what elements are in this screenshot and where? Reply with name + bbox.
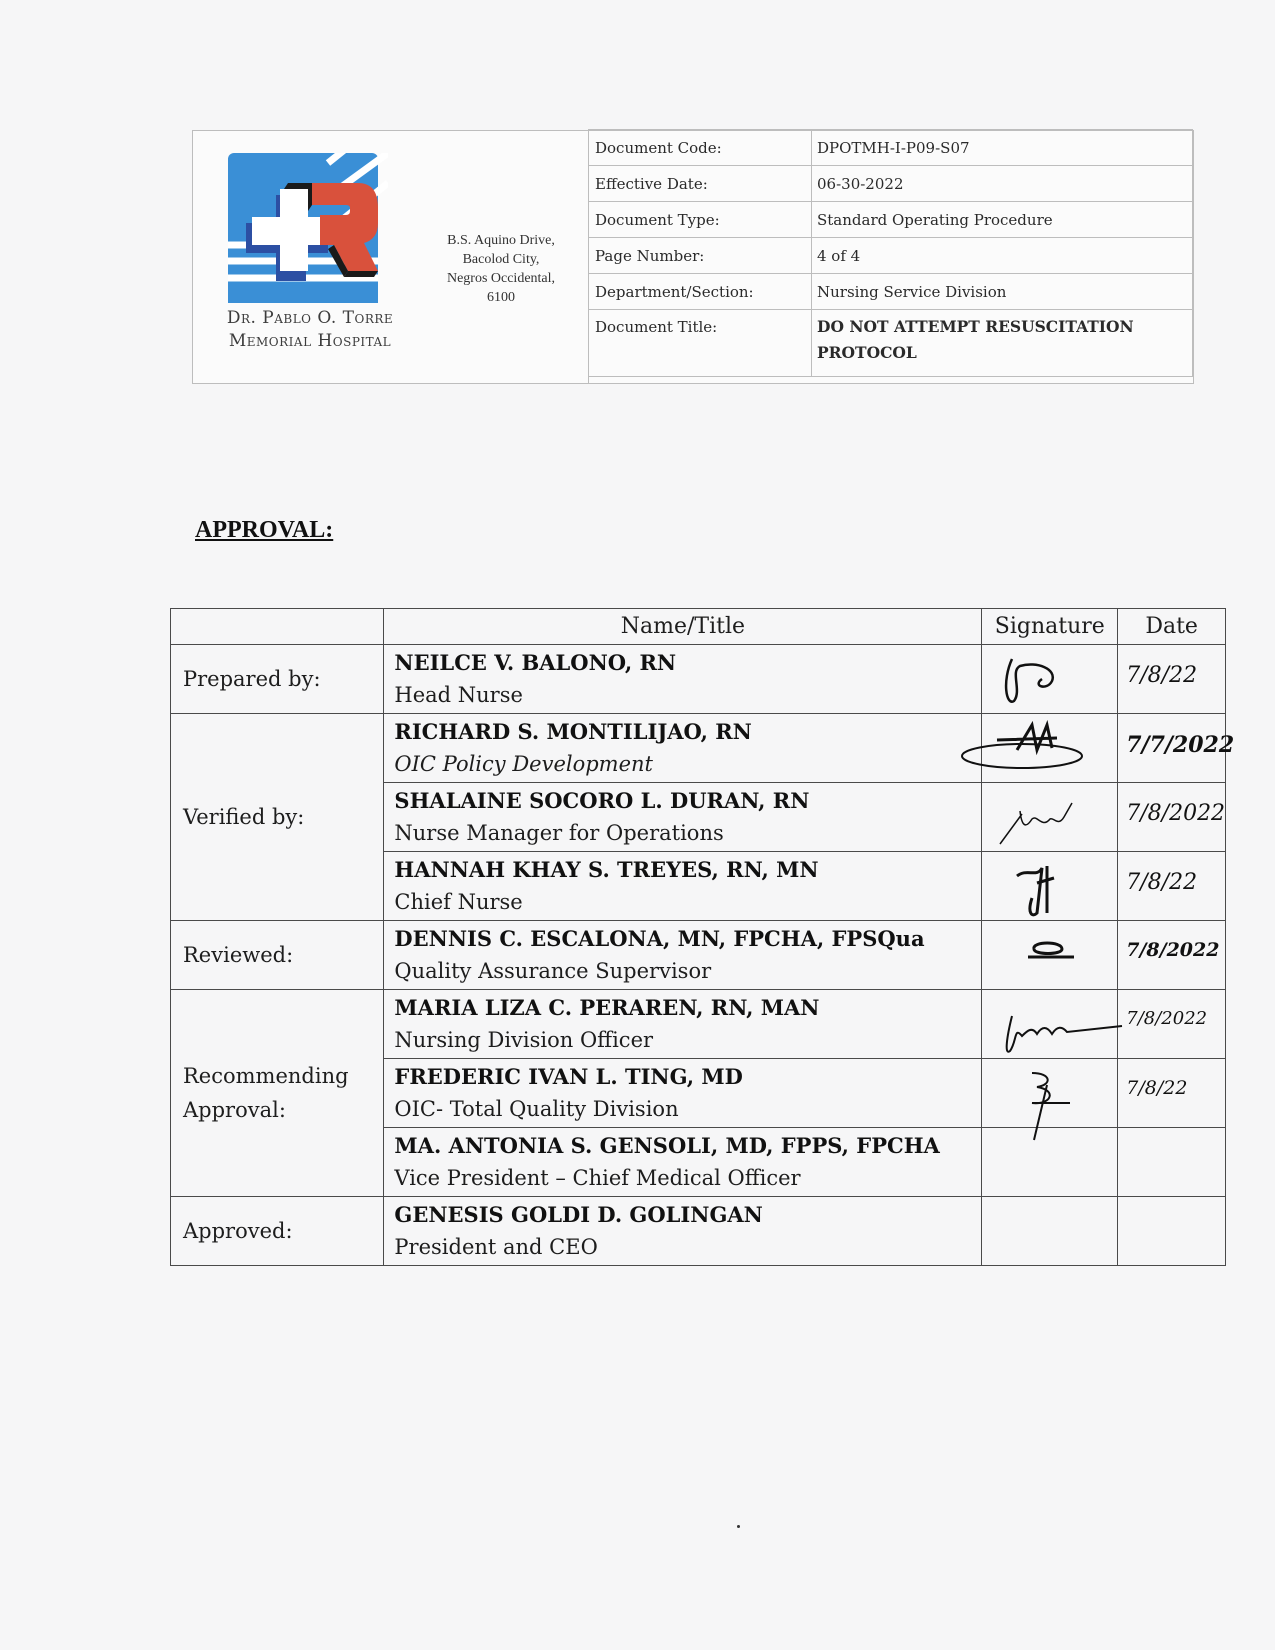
table-row: Recommending Approval: MARIA LIZA C. PER… [171, 990, 1226, 1059]
meta-row-title: Document Title: DO NOT ATTEMPT RESUSCITA… [589, 310, 1193, 377]
role-label: Reviewed: [171, 921, 384, 990]
meta-label: Department/Section: [589, 274, 812, 310]
approval-table-header: Name/Title Signature Date [171, 609, 1226, 645]
signed-date: 7/8/2022 [1126, 939, 1219, 961]
date-cell: 7/8/2022 [1118, 990, 1226, 1059]
column-header-name-title: Name/Title [384, 609, 982, 645]
role-label: Approved: [171, 1197, 384, 1266]
column-header-date: Date [1118, 609, 1226, 645]
date-cell: 7/8/22 [1118, 645, 1226, 714]
date-cell: 7/8/22 [1118, 1059, 1226, 1128]
meta-label: Document Type: [589, 202, 812, 238]
signature-cell [982, 1128, 1118, 1197]
signature-icon [992, 651, 1102, 711]
meta-row-department: Department/Section: Nursing Service Divi… [589, 274, 1193, 310]
meta-value: DPOTMH-I-P09-S07 [812, 130, 1193, 166]
person-cell: SHALAINE SOCORO L. DURAN, RN Nurse Manag… [384, 783, 982, 852]
role-label: Recommending Approval: [171, 990, 384, 1197]
meta-row-page: Page Number: 4 of 4 [589, 238, 1193, 274]
date-cell: 7/7/2022 [1118, 714, 1226, 783]
role-label: Verified by: [171, 714, 384, 921]
signature-icon [992, 996, 1132, 1056]
date-cell [1118, 1197, 1226, 1266]
person-name: NEILCE V. BALONO, RN [394, 646, 973, 679]
person-title: Vice President – Chief Medical Officer [394, 1162, 973, 1195]
person-title: OIC- Total Quality Division [394, 1093, 973, 1126]
person-cell: HANNAH KHAY S. TREYES, RN, MN Chief Nurs… [384, 852, 982, 921]
signed-date: 7/7/2022 [1126, 732, 1234, 758]
hospital-branding: Dr. Pablo O. Torre Memorial Hospital B.S… [193, 131, 589, 383]
signed-date: 7/8/22 [1126, 1077, 1187, 1099]
date-cell: 7/8/2022 [1118, 921, 1226, 990]
hospital-name: Dr. Pablo O. Torre Memorial Hospital [205, 307, 415, 353]
person-cell: GENESIS GOLDI D. GOLINGAN President and … [384, 1197, 982, 1266]
table-row: Prepared by: NEILCE V. BALONO, RN Head N… [171, 645, 1226, 714]
person-name: FREDERIC IVAN L. TING, MD [394, 1060, 973, 1093]
meta-row-code: Document Code: DPOTMH-I-P09-S07 [589, 130, 1193, 166]
meta-value: 06-30-2022 [812, 166, 1193, 202]
meta-value: 4 of 4 [812, 238, 1193, 274]
signature-cell [982, 921, 1118, 990]
signature-icon [957, 720, 1087, 780]
column-header-role [171, 609, 384, 645]
approval-table: Name/Title Signature Date Prepared by: N… [170, 608, 1226, 1266]
signature-icon [992, 927, 1102, 987]
meta-value: Nursing Service Division [812, 274, 1193, 310]
signature-cell [982, 1197, 1118, 1266]
meta-label: Effective Date: [589, 166, 812, 202]
signature-icon [992, 789, 1102, 849]
date-cell [1118, 1128, 1226, 1197]
person-title: Chief Nurse [394, 886, 973, 919]
table-row: Approved: GENESIS GOLDI D. GOLINGAN Pres… [171, 1197, 1226, 1266]
person-cell: MA. ANTONIA S. GENSOLI, MD, FPPS, FPCHA … [384, 1128, 982, 1197]
role-label: Prepared by: [171, 645, 384, 714]
person-title: Nurse Manager for Operations [394, 817, 973, 850]
person-name: SHALAINE SOCORO L. DURAN, RN [394, 784, 973, 817]
person-cell: DENNIS C. ESCALONA, MN, FPCHA, FPSQua Qu… [384, 921, 982, 990]
signature-cell [982, 990, 1118, 1059]
person-cell: NEILCE V. BALONO, RN Head Nurse [384, 645, 982, 714]
date-cell: 7/8/22 [1118, 852, 1226, 921]
person-name: DENNIS C. ESCALONA, MN, FPCHA, FPSQua [394, 922, 973, 955]
signed-date: 7/8/2022 [1126, 801, 1225, 826]
document-header: Dr. Pablo O. Torre Memorial Hospital B.S… [192, 130, 1194, 384]
person-title: Nursing Division Officer [394, 1024, 973, 1057]
approval-heading: APPROVAL: [195, 517, 333, 544]
document-meta-table: Document Code: DPOTMH-I-P09-S07 Effectiv… [588, 129, 1193, 377]
person-title: OIC Policy Development [394, 748, 973, 781]
column-header-signature: Signature [982, 609, 1118, 645]
person-name: MARIA LIZA C. PERAREN, RN, MAN [394, 991, 973, 1024]
scan-speck [737, 1525, 740, 1528]
meta-label: Document Code: [589, 130, 812, 166]
signed-date: 7/8/22 [1126, 663, 1197, 688]
person-cell: MARIA LIZA C. PERAREN, RN, MAN Nursing D… [384, 990, 982, 1059]
meta-value: Standard Operating Procedure [812, 202, 1193, 238]
person-title: Quality Assurance Supervisor [394, 955, 973, 988]
date-cell: 7/8/2022 [1118, 783, 1226, 852]
person-name: RICHARD S. MONTILIJAO, RN [394, 715, 973, 748]
signed-date: 7/8/2022 [1126, 1008, 1207, 1029]
signature-cell [982, 783, 1118, 852]
table-row: Reviewed: DENNIS C. ESCALONA, MN, FPCHA,… [171, 921, 1226, 990]
signature-cell [982, 645, 1118, 714]
hospital-logo-icon [228, 153, 388, 313]
signature-cell [982, 1059, 1118, 1128]
meta-label: Document Title: [589, 310, 812, 377]
hospital-address: B.S. Aquino Drive, Bacolod City, Negros … [421, 231, 581, 307]
person-name: MA. ANTONIA S. GENSOLI, MD, FPPS, FPCHA [394, 1129, 973, 1162]
document-title: DO NOT ATTEMPT RESUSCITATION PROTOCOL [812, 310, 1193, 377]
meta-row-effective-date: Effective Date: 06-30-2022 [589, 166, 1193, 202]
meta-label: Page Number: [589, 238, 812, 274]
table-row: Verified by: RICHARD S. MONTILIJAO, RN O… [171, 714, 1226, 783]
signature-cell [982, 714, 1118, 783]
person-title: President and CEO [394, 1231, 973, 1264]
signature-icon [992, 858, 1102, 918]
person-name: HANNAH KHAY S. TREYES, RN, MN [394, 853, 973, 886]
person-title: Head Nurse [394, 679, 973, 712]
person-cell: FREDERIC IVAN L. TING, MD OIC- Total Qua… [384, 1059, 982, 1128]
meta-row-type: Document Type: Standard Operating Proced… [589, 202, 1193, 238]
person-cell: RICHARD S. MONTILIJAO, RN OIC Policy Dev… [384, 714, 982, 783]
signature-cell [982, 852, 1118, 921]
person-name: GENESIS GOLDI D. GOLINGAN [394, 1198, 973, 1231]
signed-date: 7/8/22 [1126, 870, 1197, 895]
